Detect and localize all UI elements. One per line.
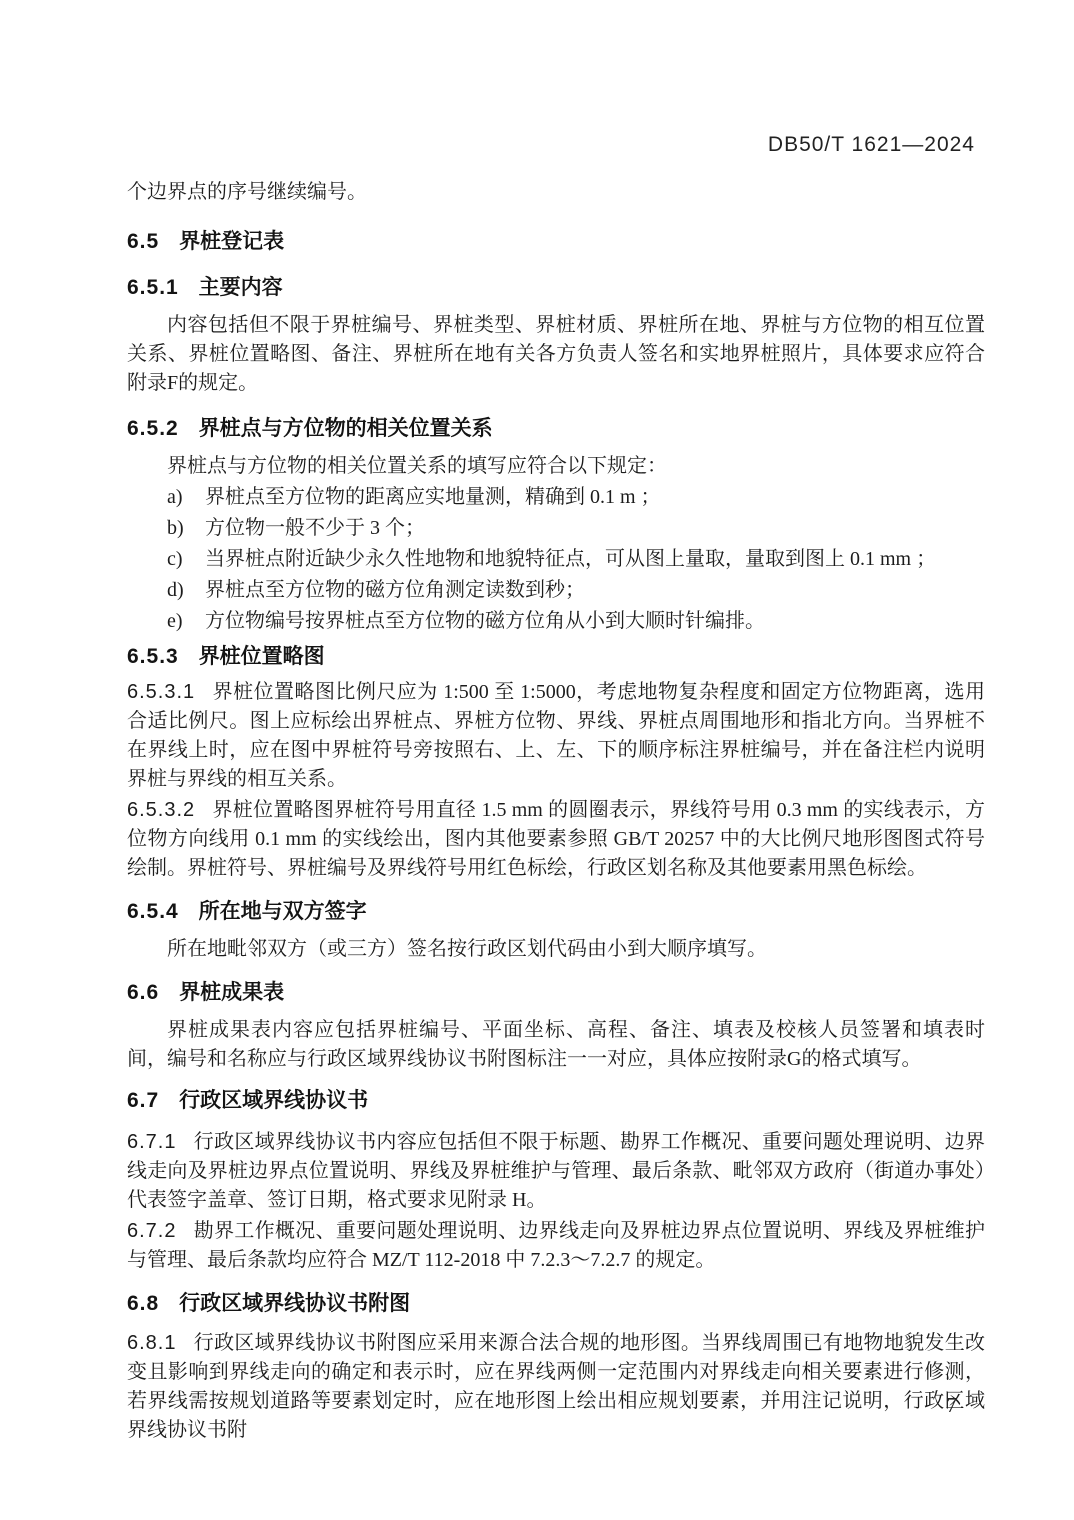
list-marker: a) — [167, 483, 183, 512]
section-number: 6.5.2 — [127, 416, 179, 442]
section-title: 界桩登记表 — [179, 230, 284, 253]
section-heading-6-7: 6.7行政区域界线协议书 — [127, 1088, 985, 1114]
section-heading-6-5-4: 6.5.4所在地与双方签字 — [127, 899, 985, 925]
document-page: DB50/T 1621—2024 个边界点的序号继续编号。 6.5界桩登记表 6… — [0, 0, 1074, 1520]
section-number: 6.5 — [127, 229, 159, 255]
section-title: 所在地与双方签字 — [199, 900, 367, 923]
list-item-text: 方位物一般不少于 3 个； — [205, 517, 425, 539]
paragraph-6-5-4: 所在地毗邻双方（或三方）签名按行政区划代码由小到大顺序填写。 — [127, 935, 985, 964]
section-heading-6-6: 6.6界桩成果表 — [127, 980, 985, 1006]
paragraph-6-5-1: 内容包括但不限于界桩编号、界桩类型、界桩材质、界桩所在地、界桩与方位物的相互位置… — [127, 311, 985, 398]
clause-6-7-1: 6.7.1行政区域界线协议书内容应包括但不限于标题、勘界工作概况、重要问题处理说… — [127, 1128, 985, 1215]
section-number: 6.5.1 — [127, 275, 179, 301]
section-number: 6.6 — [127, 980, 159, 1006]
list-item: a)界桩点至方位物的距离应实地量测，精确到 0.1 m ； — [127, 483, 985, 512]
clause-number: 6.5.3.1 — [127, 681, 195, 703]
paragraph-6-5-2-intro: 界桩点与方位物的相关位置关系的填写应符合以下规定： — [127, 452, 985, 481]
list-item-text: 当界桩点附近缺少永久性地物和地貌特征点，可从图上量取，量取到图上 0.1 mm … — [205, 548, 936, 570]
section-heading-6-5-1: 6.5.1主要内容 — [127, 275, 985, 301]
section-heading-6-5: 6.5界桩登记表 — [127, 229, 985, 255]
section-title: 界桩点与方位物的相关位置关系 — [199, 417, 493, 440]
section-heading-6-5-2: 6.5.2界桩点与方位物的相关位置关系 — [127, 416, 985, 442]
clause-6-7-2: 6.7.2勘界工作概况、重要问题处理说明、边界线走向及界桩边界点位置说明、界线及… — [127, 1217, 985, 1275]
page-content: 个边界点的序号继续编号。 6.5界桩登记表 6.5.1主要内容 内容包括但不限于… — [127, 170, 985, 1445]
clause-text: 行政区域界线协议书内容应包括但不限于标题、勘界工作概况、重要问题处理说明、边界线… — [127, 1131, 985, 1211]
list-item: e)方位物编号按界桩点至方位物的磁方位角从小到大顺时针编排。 — [127, 607, 985, 636]
list-item: c)当界桩点附近缺少永久性地物和地貌特征点，可从图上量取，量取到图上 0.1 m… — [127, 545, 985, 574]
section-number: 6.5.4 — [127, 899, 179, 925]
clause-text: 界桩位置略图界桩符号用直径 1.5 mm 的圆圈表示，界线符号用 0.3 mm … — [127, 799, 985, 879]
section-title: 主要内容 — [199, 276, 283, 299]
clause-number: 6.7.2 — [127, 1220, 176, 1242]
clause-number: 6.8.1 — [127, 1332, 176, 1354]
section-title: 行政区域界线协议书附图 — [179, 1292, 410, 1315]
list-item: d)界桩点至方位物的磁方位角测定读数到秒； — [127, 576, 985, 605]
clause-6-8-1: 6.8.1行政区域界线协议书附图应采用来源合法合规的地形图。当界线周围已有地物地… — [127, 1329, 985, 1445]
list-marker: d) — [167, 576, 184, 605]
section-number: 6.8 — [127, 1291, 159, 1317]
list-marker: c) — [167, 545, 183, 574]
section-heading-6-5-3: 6.5.3界桩位置略图 — [127, 644, 985, 670]
list-item-text: 方位物编号按界桩点至方位物的磁方位角从小到大顺时针编排。 — [205, 610, 765, 632]
paragraph-6-6: 界桩成果表内容应包括界桩编号、平面坐标、高程、备注、填表及校核人员签署和填表时间… — [127, 1016, 985, 1074]
page-number: 7 — [947, 1393, 958, 1418]
list-item-text: 界桩点至方位物的距离应实地量测，精确到 0.1 m ； — [205, 486, 661, 508]
clause-text: 界桩位置略图比例尺应为 1:500 至 1:5000，考虑地物复杂程度和固定方位… — [127, 681, 985, 790]
document-code-header: DB50/T 1621—2024 — [768, 133, 975, 157]
clause-6-5-3-2: 6.5.3.2界桩位置略图界桩符号用直径 1.5 mm 的圆圈表示，界线符号用 … — [127, 796, 985, 883]
section-heading-6-8: 6.8行政区域界线协议书附图 — [127, 1291, 985, 1317]
section-title: 界桩位置略图 — [199, 645, 325, 668]
clause-number: 6.7.1 — [127, 1131, 176, 1153]
list-marker: e) — [167, 607, 183, 636]
list-item-text: 界桩点至方位物的磁方位角测定读数到秒； — [205, 579, 585, 601]
continued-paragraph: 个边界点的序号继续编号。 — [127, 178, 985, 207]
clause-text: 勘界工作概况、重要问题处理说明、边界线走向及界桩边界点位置说明、界线及界桩维护与… — [127, 1220, 985, 1271]
section-number: 6.7 — [127, 1088, 159, 1114]
clause-6-5-3-1: 6.5.3.1界桩位置略图比例尺应为 1:500 至 1:5000，考虑地物复杂… — [127, 678, 985, 794]
section-number: 6.5.3 — [127, 644, 179, 670]
lettered-list: a)界桩点至方位物的距离应实地量测，精确到 0.1 m ； b)方位物一般不少于… — [127, 483, 985, 636]
clause-text: 行政区域界线协议书附图应采用来源合法合规的地形图。当界线周围已有地物地貌发生改变… — [127, 1332, 985, 1441]
section-title: 界桩成果表 — [179, 981, 284, 1004]
section-title: 行政区域界线协议书 — [179, 1089, 368, 1112]
list-item: b)方位物一般不少于 3 个； — [127, 514, 985, 543]
clause-number: 6.5.3.2 — [127, 799, 195, 821]
list-marker: b) — [167, 514, 184, 543]
